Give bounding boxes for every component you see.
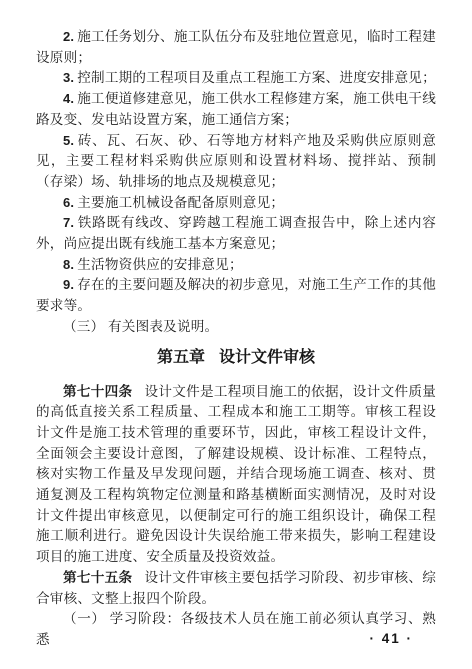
item-number: 2. <box>63 29 74 44</box>
item-text: 存在的主要问题及解决的初步意见，对施工生产工作的其他要求等。 <box>36 277 436 313</box>
page-number: · 41 · <box>369 631 413 646</box>
item-text: （三） 有关图表及说明。 <box>63 319 218 334</box>
list-item-7: 7.铁路既有线改、穿跨越工程施工调查报告中，除上述内容外，尚应提出既有线施工基本… <box>36 213 436 254</box>
item-number: 4. <box>63 91 74 106</box>
list-item-8: 8.生活物资供应的安排意见； <box>36 255 436 276</box>
list-item-5: 5.砖、瓦、石灰、砂、石等地方材料产地及采购供应原则意见，主要工程材料采购供应原… <box>36 131 436 193</box>
item-text: 生活物资供应的安排意见； <box>77 257 243 272</box>
list-item-9: 9.存在的主要问题及解决的初步意见，对施工生产工作的其他要求等。 <box>36 275 436 316</box>
article-75: 第七十五条设计文件审核主要包括学习阶段、初步审核、综合审核、文整上报四个阶段。 <box>36 568 436 609</box>
chapter-title: 设计文件审核 <box>219 349 315 366</box>
article-number: 第七十五条 <box>63 570 132 585</box>
item-text: 施工便道修建意见，施工供水工程修建方案，施工供电干线路及变、发电站设置方案，施工… <box>36 91 436 127</box>
item-text: 铁路既有线改、穿跨越工程施工调查报告中，除上述内容外，尚应提出既有线施工基本方案… <box>36 215 436 251</box>
document-page: 2.施工任务划分、施工队伍分布及驻地位置意见，临时工程建设原则； 3.控制工期的… <box>0 0 472 669</box>
article-74: 第七十四条设计文件是工程项目施工的依据，设计文件质量的高低直接关系工程质量、工程… <box>36 382 436 568</box>
list-item-3: 3.控制工期的工程项目及重点工程施工方案、进度安排意见； <box>36 68 436 89</box>
item-number: 9. <box>63 277 74 292</box>
item-text: 主要施工机械设备配备原则意见； <box>77 195 284 210</box>
sub-item-3: （三） 有关图表及说明。 <box>36 317 436 338</box>
item-number: 7. <box>63 215 74 230</box>
article-number: 第七十四条 <box>63 384 132 399</box>
chapter-heading: 第五章设计文件审核 <box>36 347 436 368</box>
item-number: 5. <box>63 133 74 148</box>
item-text: 砖、瓦、石灰、砂、石等地方材料产地及采购供应原则意见，主要工程材料采购供应原则和… <box>36 133 436 189</box>
item-text: 施工任务划分、施工队伍分布及驻地位置意见，临时工程建设原则； <box>36 29 436 65</box>
article-text: 设计文件是工程项目施工的依据，设计文件质量的高低直接关系工程质量、工程成本和施工… <box>36 384 436 565</box>
chapter-label: 第五章 <box>157 349 205 366</box>
text-block: 2.施工任务划分、施工队伍分布及驻地位置意见，临时工程建设原则； 3.控制工期的… <box>36 27 436 651</box>
item-text: 控制工期的工程项目及重点工程施工方案、进度安排意见； <box>77 70 436 85</box>
list-item-2: 2.施工任务划分、施工队伍分布及驻地位置意见，临时工程建设原则； <box>36 27 436 68</box>
item-number: 3. <box>63 70 74 85</box>
item-number: 8. <box>63 257 74 272</box>
list-item-6: 6.主要施工机械设备配备原则意见； <box>36 193 436 214</box>
list-item-4: 4.施工便道修建意见，施工供水工程修建方案，施工供电干线路及变、发电站设置方案，… <box>36 89 436 130</box>
item-number: 6. <box>63 195 74 210</box>
